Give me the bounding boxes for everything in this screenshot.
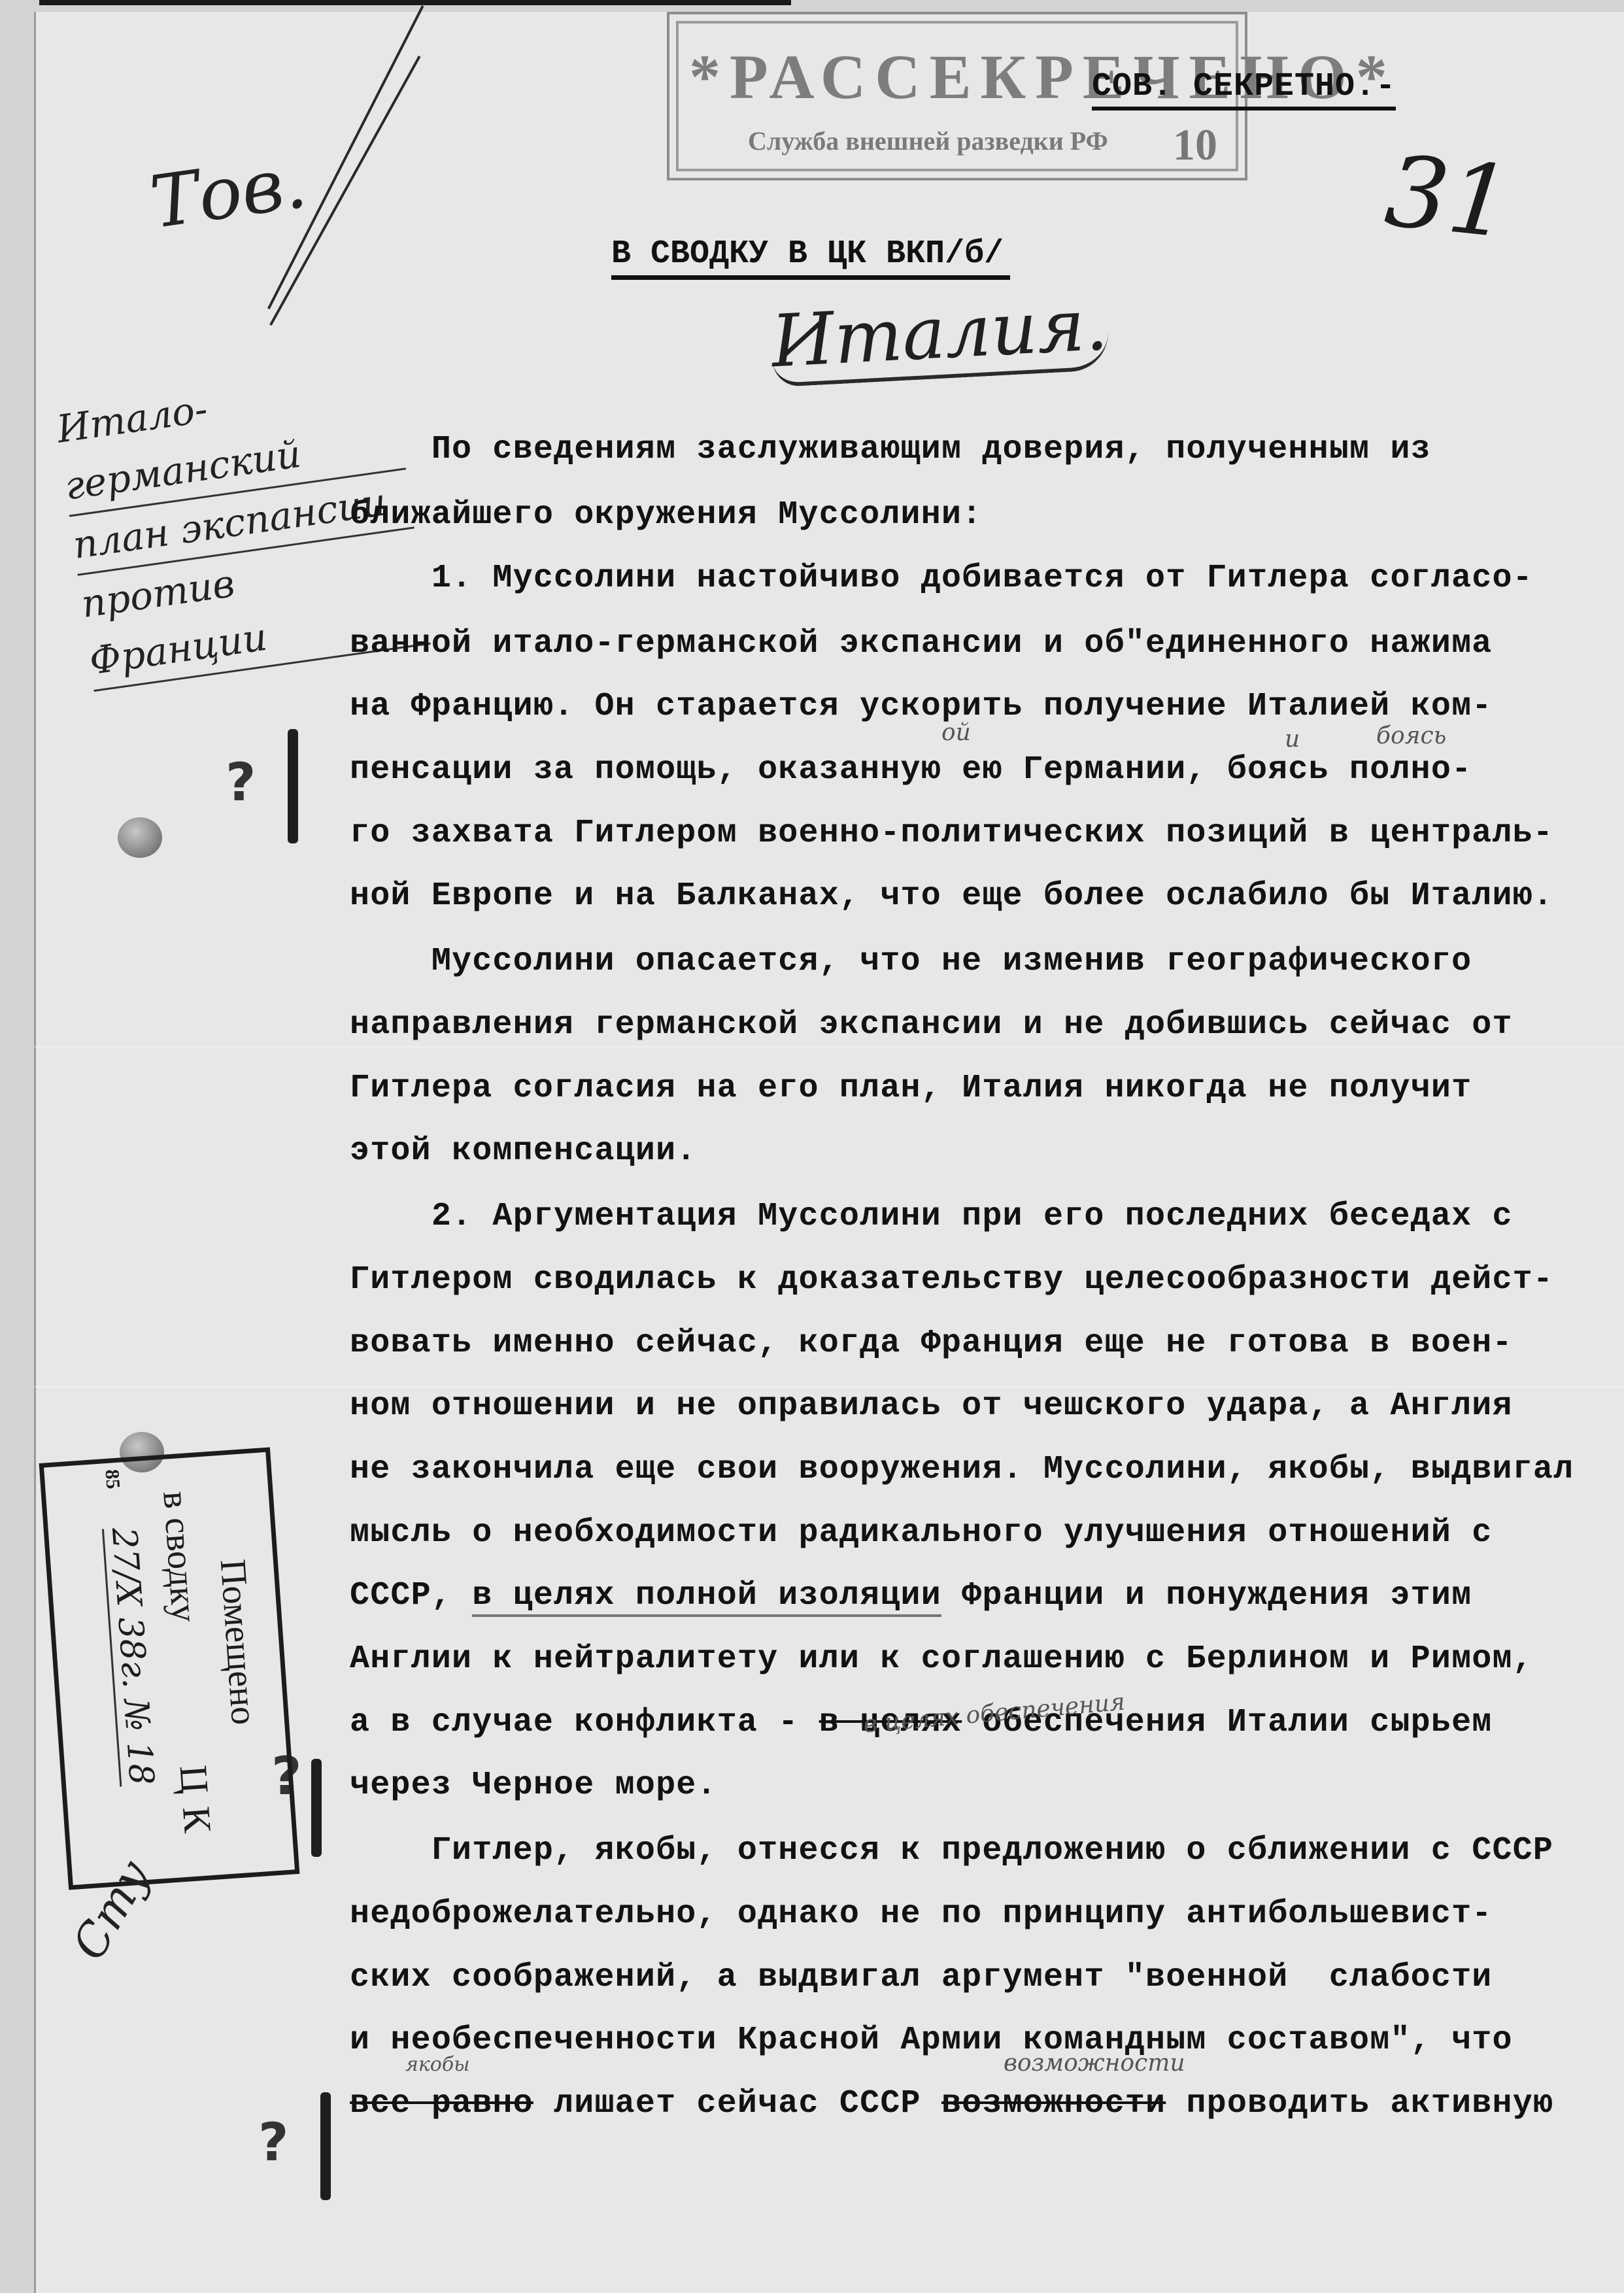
punch-hole [118, 817, 162, 858]
page-top-edge [39, 0, 791, 5]
declassified-stamp-number: 10 [1173, 119, 1217, 171]
question-mark: ? [258, 2112, 288, 2173]
text-span: проводить активную [1166, 2085, 1553, 2122]
received-stamp-line: Помещено [212, 1558, 265, 1726]
received-stamp-date: 27/X 38г. № 18 [102, 1526, 161, 1786]
body-line: 1. Муссолини настойчиво добивается от Ги… [350, 559, 1533, 598]
received-stamp: Помещено в сводку ЦК 27/X 38г. № 18 85 [39, 1447, 300, 1890]
body-line: го захвата Гитлером военно-политических … [350, 814, 1553, 853]
body-line: мысль о необходимости радикального улучш… [350, 1514, 1492, 1553]
body-line: ближайшего окружения Муссолини: [350, 496, 982, 535]
body-line: недоброжелательно, однако не по принципу… [350, 1895, 1492, 1934]
body-line: ной Европе и на Балканах, что еще более … [350, 877, 1553, 916]
body-line: этой компенсации. [350, 1132, 696, 1171]
body-line: не закончила еще свои вооружения. Муссол… [350, 1450, 1574, 1489]
body-line: Гитлером сводилась к доказательству целе… [350, 1261, 1553, 1300]
body-line: и необеспеченности Красной Армии командн… [350, 2021, 1513, 2060]
margin-bar [288, 729, 298, 843]
body-line: Англии к нейтралитету или к соглашению с… [350, 1640, 1533, 1679]
handwritten-correction: боясь [1376, 722, 1446, 749]
body-line: на Францию. Он старается ускорить получе… [350, 687, 1492, 726]
text-span: лишает сейчас СССР [533, 2085, 941, 2122]
body-line: вовать именно сейчас, когда Франция еще … [350, 1324, 1513, 1363]
body-line: направления германской экспансии и не до… [350, 1006, 1513, 1045]
body-line: 2. Аргументация Муссолини при его послед… [350, 1197, 1513, 1236]
struck-phrase: возможности [941, 2085, 1166, 2122]
received-stamp-line: в сводку [154, 1489, 205, 1623]
classification-label: СОВ. СЕКРЕТНО.- [1092, 68, 1396, 110]
declassified-stamp-agency: Служба внешней разведки РФ [748, 126, 1108, 156]
text-span: Франции и понуждения этим [941, 1577, 1472, 1614]
handwritten-correction: якобы [405, 2053, 470, 2076]
body-line: Гитлер, якобы, отнесся к предложению о с… [350, 1831, 1553, 1871]
document-heading: В СВОДКУ В ЦК ВКП/б/ [611, 235, 1010, 280]
text-span: а в случае конфликта - [350, 1704, 819, 1741]
page-number: 31 [1380, 135, 1516, 261]
handwritten-country: Италия. [770, 282, 1110, 388]
body-line: По сведениям заслуживающим доверия, полу… [350, 430, 1431, 469]
margin-bar [320, 2092, 331, 2200]
handwritten-correction: возможности [1004, 2050, 1185, 2077]
body-line: пенсации за помощь, оказанную ею Германи… [350, 751, 1472, 790]
body-line: ванной итало-германской экспансии и об"е… [350, 624, 1492, 664]
body-line: Гитлера согласия на его план, Италия ник… [350, 1069, 1472, 1108]
text-span: СССР, [350, 1577, 472, 1614]
received-stamp-line: ЦК [170, 1763, 220, 1847]
received-stamp-prefix: 85 [101, 1469, 124, 1489]
handwritten-correction: ой [941, 719, 971, 746]
body-line-underlined: СССР, в целях полной изоляции Франции и … [350, 1576, 1472, 1616]
body-line: через Черное море. [350, 1766, 717, 1805]
margin-bar [311, 1759, 322, 1857]
handwritten-correction: и [1285, 726, 1300, 753]
body-line: ских соображений, а выдвигал аргумент "в… [350, 1958, 1492, 1997]
question-mark: ? [226, 752, 256, 813]
body-line: ном отношении и не оправилась от чешског… [350, 1387, 1513, 1426]
body-line: Муссолини опасается, что не изменив геог… [350, 942, 1472, 981]
body-line-corrected: все равно лишает сейчас СССР возможности… [350, 2084, 1553, 2124]
received-stamp-text: Помещено в сводку ЦК 27/X 38г. № 18 85 [65, 1480, 273, 1858]
struck-phrase: все равно [350, 2085, 533, 2122]
pencil-underlined-phrase: в целях полной изоляции [472, 1577, 941, 1617]
paper-fold [34, 1046, 1624, 1047]
